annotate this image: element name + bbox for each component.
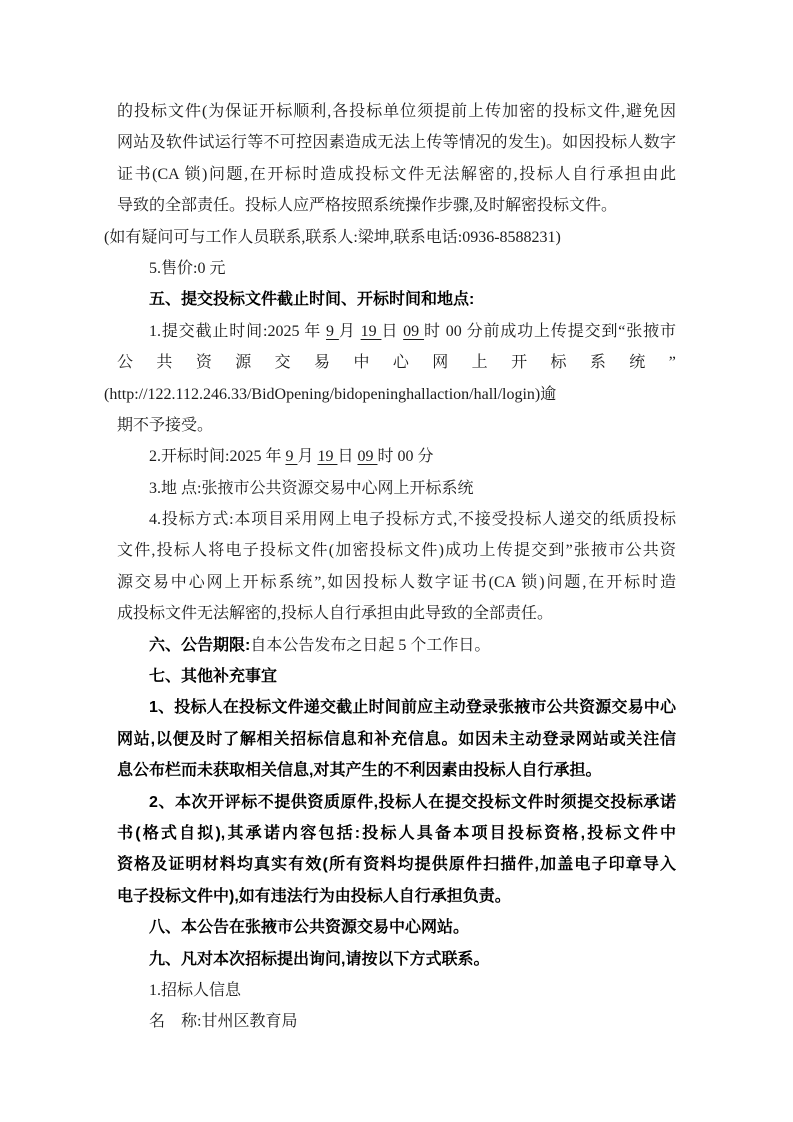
supplement-item-1-line-2: 网站,以便及时了解相关招标信息和补充信息。如因未主动登录网站或关注信 [117, 724, 676, 755]
bidder-info-title: 1.招标人信息 [117, 975, 676, 1006]
opening-month-underlined: 9 [285, 448, 297, 465]
bid-opening-system-spread-line: 公共资源交易中心网上开标系统” [117, 347, 676, 378]
opening-day-unit: 日 [337, 448, 357, 465]
para-upload-notice-line-2: 网站及软件试运行等不可控因素造成无法上传等情况的发生)。如因投标人数字 [117, 127, 676, 158]
deadline-rest: 时 00 分前成功上传提交到“张掖市 [424, 323, 676, 340]
deadline-month-underlined: 9 [326, 323, 339, 340]
deadline-month-unit: 月 [339, 323, 361, 340]
bid-method-line-1: 4.投标方式:本项目采用网上电子投标方式,不接受投标人递交的纸质投标 [117, 504, 676, 535]
bid-opening-url-line: (http://122.112.246.33/BidOpening/bidope… [104, 379, 676, 410]
bid-method-line-4: 成投标文件无法解密的,投标人自行承担由此导致的全部责任。 [117, 598, 676, 629]
supplement-item-2-line-1: 2、本次开评标不提供资质原件,投标人在提交投标文件时须提交投标承诺 [117, 787, 676, 818]
deadline-continuation-line: 期不予接受。 [117, 410, 676, 441]
deadline-day-unit: 日 [381, 323, 403, 340]
announcement-period-value: 自本公告发布之日起 5 个工作日。 [250, 637, 490, 654]
supplement-item-1-line-1: 1、投标人在投标文件递交截止时间前应主动登录张掖市公共资源交易中心 [117, 692, 676, 723]
heading-section-5: 五、提交投标文件截止时间、开标时间和地点: [117, 284, 676, 315]
bid-method-line-2: 文件,投标人将电子投标文件(加密投标文件)成功上传提交到”张掖市公共资 [117, 535, 676, 566]
bid-method-line-3: 源交易中心网上开标系统”,如因投标人数字证书(CA 锁)问题,在开标时造 [117, 567, 676, 598]
opening-hour-underlined: 09 [357, 448, 377, 465]
supplement-item-1-line-3: 息公布栏而未获取相关信息,对其产生的不利因素由投标人自行承担。 [117, 755, 676, 786]
opening-month-unit: 月 [297, 448, 317, 465]
para-upload-notice-line-1: 的投标文件(为保证开标顺利,各投标单位须提前上传加密的投标文件,避免因 [117, 96, 676, 127]
deadline-text: 1.提交截止时间:2025 年 [149, 323, 326, 340]
para-upload-notice-line-4: 导致的全部责任。投标人应严格按照系统操作步骤,及时解密投标文件。 [117, 190, 676, 221]
para-upload-notice-line-3: 证书(CA 锁)问题,在开标时造成投标文件无法解密的,投标人自行承担由此 [117, 159, 676, 190]
heading-section-6: 六、公告期限: [149, 637, 250, 654]
bidder-name-line: 名 称:甘州区教育局 [117, 1006, 676, 1037]
announcement-period-line: 六、公告期限:自本公告发布之日起 5 个工作日。 [117, 630, 676, 661]
opening-rest: 时 00 分 [377, 448, 433, 465]
supplement-item-2-line-2: 书(格式自拟),其承诺内容包括:投标人具备本项目投标资格,投标文件中 [117, 818, 676, 849]
heading-section-7: 七、其他补充事宜 [117, 661, 676, 692]
opening-day-underlined: 19 [317, 448, 337, 465]
supplement-item-2-line-3: 资格及证明材料均真实有效(所有资料均提供原件扫描件,加盖电子印章导入 [117, 849, 676, 880]
contact-note-line: (如有疑问可与工作人员联系,联系人:梁坤,联系电话:0936-8588231) [104, 222, 676, 253]
deadline-day-underlined: 19 [361, 323, 382, 340]
bid-opening-time-line: 2.开标时间:2025 年 9 月 19 日 09 时 00 分 [117, 441, 676, 472]
supplement-item-2-line-4: 电子投标文件中),如有违法行为由投标人自行承担负责。 [117, 881, 676, 912]
deadline-hour-underlined: 09 [403, 323, 424, 340]
bid-opening-place-line: 3.地 点:张掖市公共资源交易中心网上开标系统 [117, 473, 676, 504]
price-line: 5.售价:0 元 [117, 253, 676, 284]
heading-section-8: 八、本公告在张掖市公共资源交易中心网站。 [117, 912, 676, 943]
document-page: 的投标文件(为保证开标顺利,各投标单位须提前上传加密的投标文件,避免因 网站及软… [0, 0, 793, 1122]
heading-section-9: 九、凡对本次招标提出询问,请按以下方式联系。 [117, 944, 676, 975]
document-body: 的投标文件(为保证开标顺利,各投标单位须提前上传加密的投标文件,避免因 网站及软… [117, 96, 676, 1038]
submission-deadline-line: 1.提交截止时间:2025 年 9 月 19 日 09 时 00 分前成功上传提… [117, 316, 676, 347]
opening-time-text: 2.开标时间:2025 年 [149, 448, 285, 465]
